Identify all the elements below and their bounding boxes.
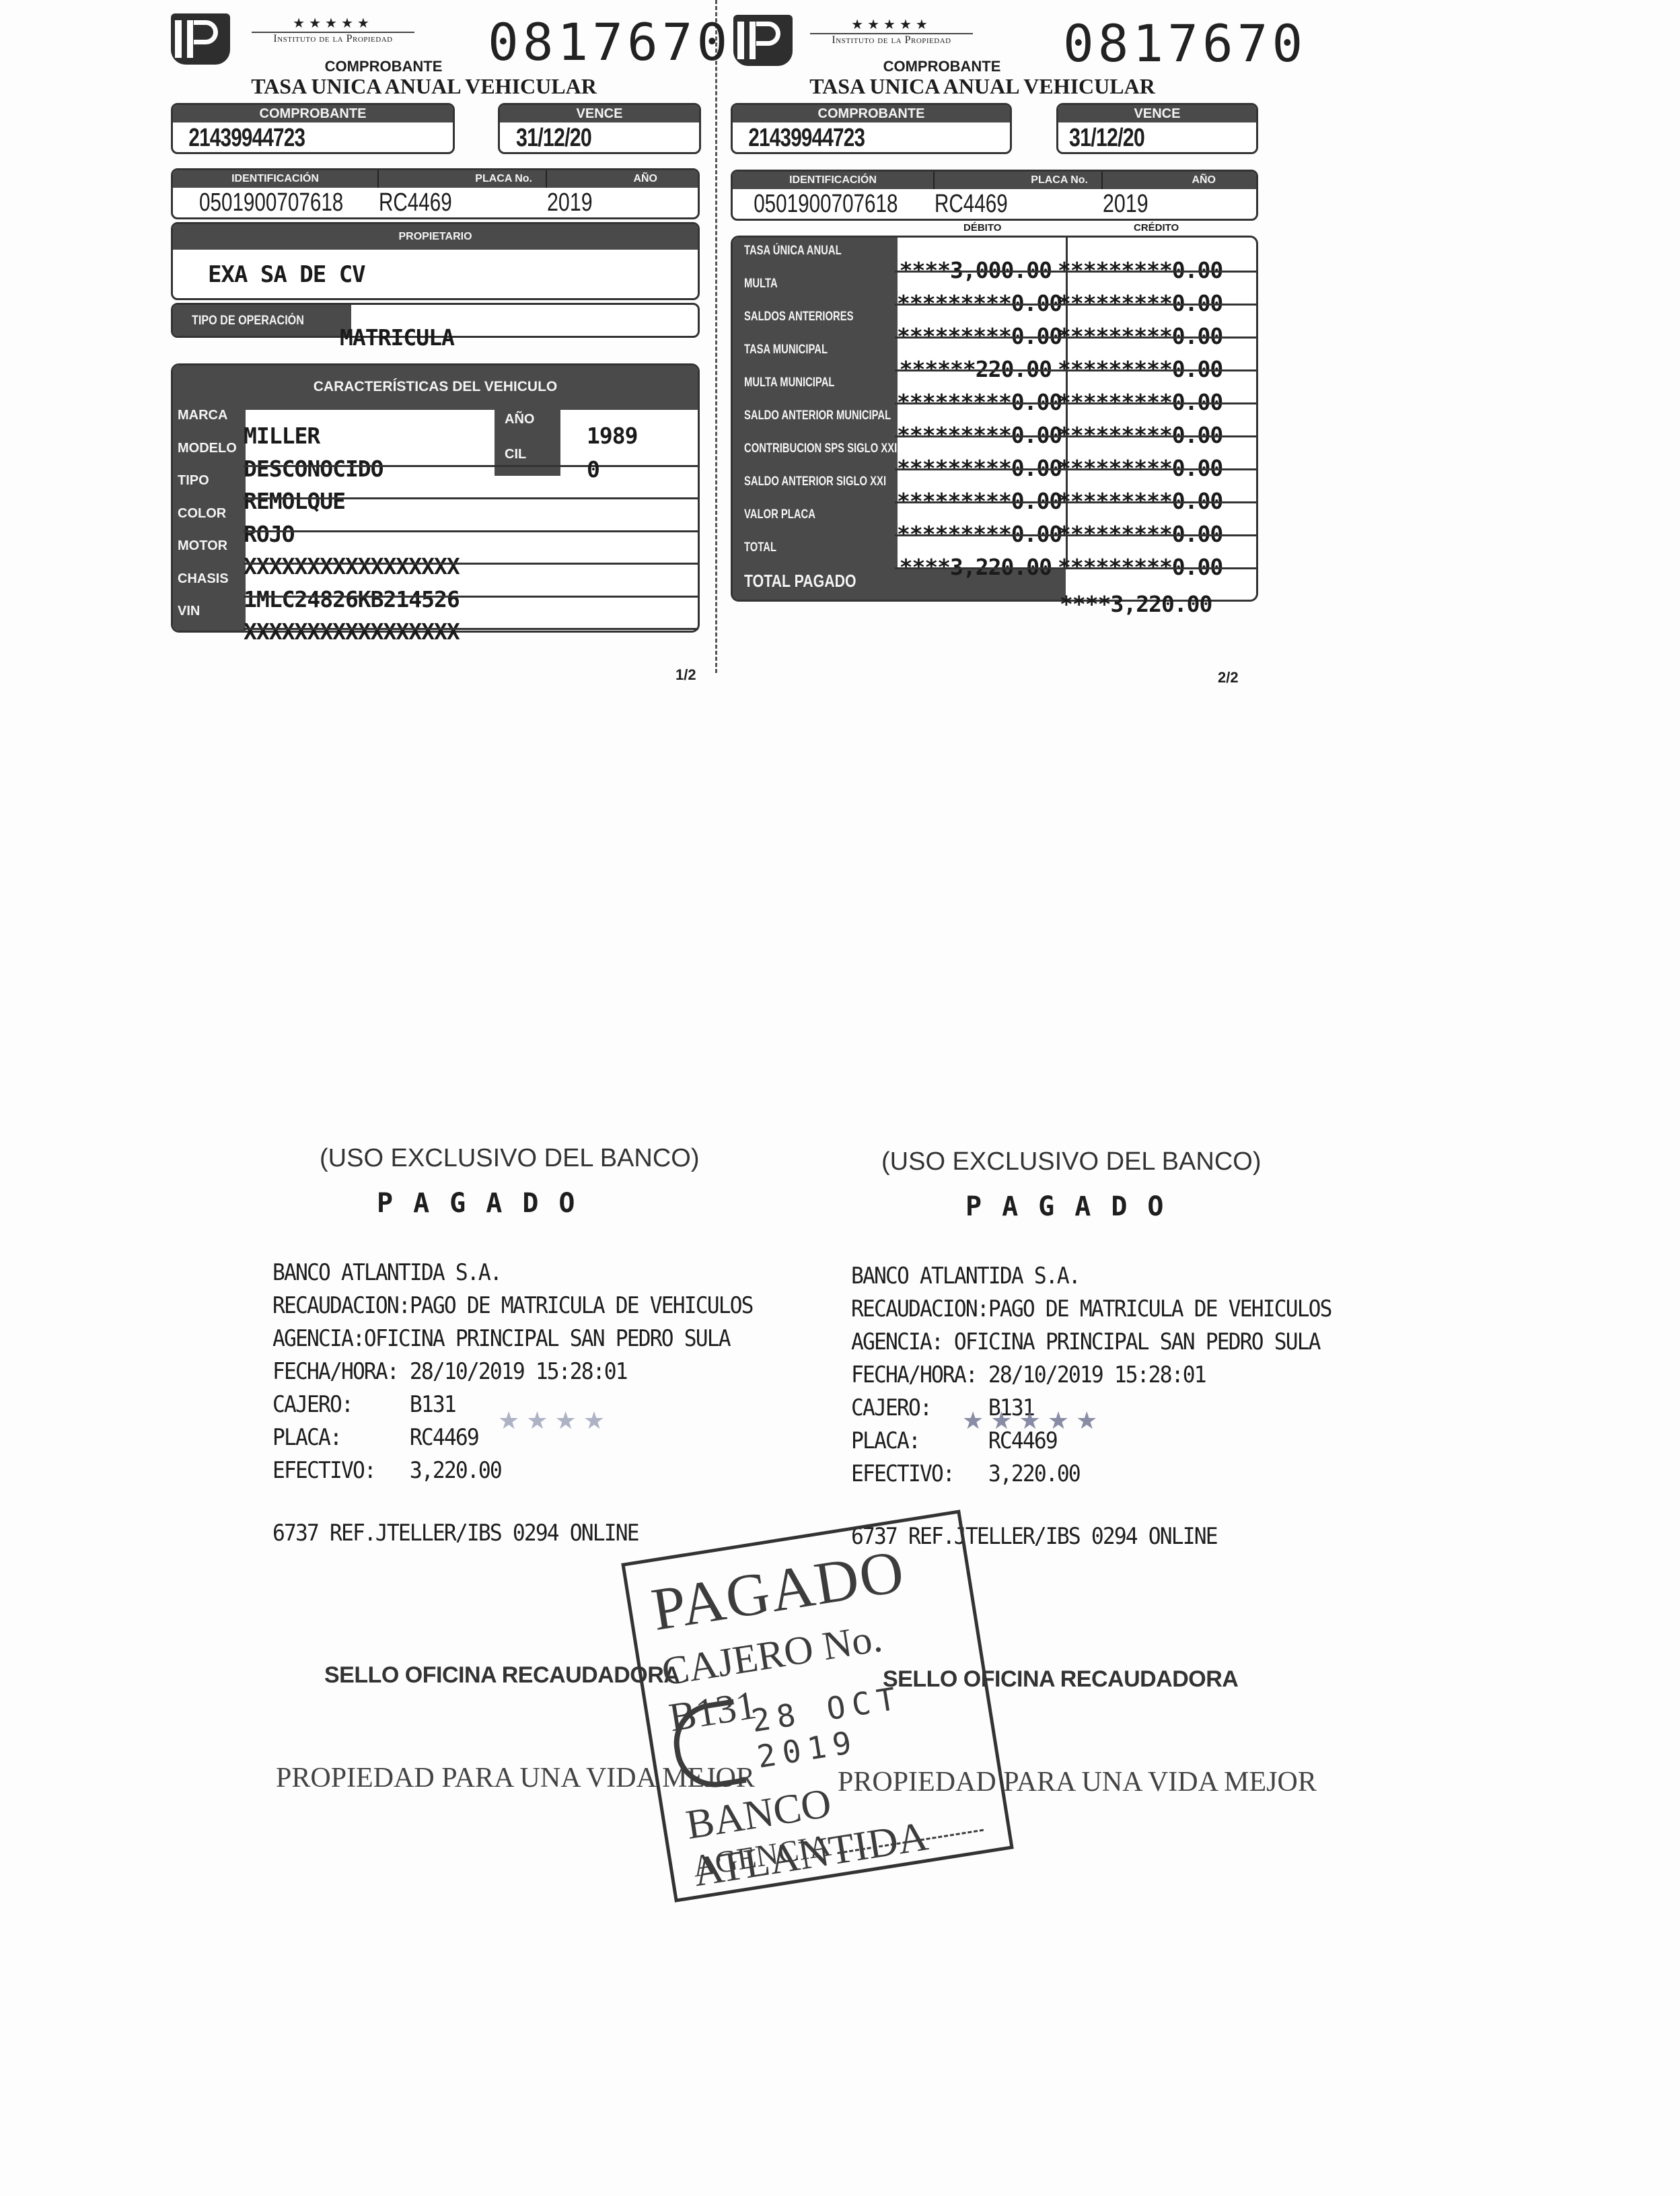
stars-icon: ★★★★★ [807, 16, 976, 33]
charge-label: CONTRIBUCION SPS SIGLO XXI [744, 441, 897, 456]
vehicle-ano-value: 1989 [587, 423, 637, 449]
comprobante-box: COMPROBANTE 21439944723 [731, 103, 1012, 154]
ano-value: 2019 [1103, 189, 1225, 219]
operation-label: TIPO DE OPERACIÓN [192, 314, 304, 328]
bank-receipt-left: (USO EXCLUSIVO DEL BANCO) PAGADO BANCO A… [272, 1144, 795, 1547]
ip-logo-icon [171, 13, 230, 65]
comprobante-value: 21439944723 [733, 122, 949, 153]
bank-use-label: (USO EXCLUSIVO DEL BANCO) [272, 1144, 795, 1173]
identification-box: IDENTIFICACIÓN PLACA No. AÑO 05019007076… [731, 170, 1258, 221]
ano-value: 2019 [547, 188, 667, 217]
stars-icon: ★★★★★ [249, 15, 417, 32]
placa-value: RC4469 [379, 188, 510, 217]
vehicle-field-label: MARCA [178, 408, 227, 423]
operation-value: MATRICULA [340, 324, 454, 351]
vence-value: 31/12/20 [500, 122, 659, 153]
comprobante-value: 21439944723 [173, 122, 391, 153]
vehicle-field-value: 1MLC24826KB214526 [244, 586, 460, 612]
vehicle-field-label: VIN [178, 604, 200, 619]
row-divider [244, 596, 698, 598]
vehicle-field-label: CHASIS [178, 571, 229, 587]
id-value: 0501900707618 [173, 188, 334, 217]
charge-label: TASA ÚNICA ANUAL [744, 244, 842, 258]
charge-label: VALOR PLACA [744, 507, 815, 522]
bank-use-label: (USO EXCLUSIVO DEL BANCO) [851, 1147, 1373, 1176]
vehicle-field-label: TIPO [178, 473, 209, 489]
bank-receipt-right: (USO EXCLUSIVO DEL BANCO) PAGADO BANCO A… [851, 1147, 1373, 1550]
vehicle-field-value: XXXXXXXXXXXXXXXXX [244, 618, 460, 645]
row-divider [244, 628, 698, 630]
ip-logo-icon [733, 15, 793, 66]
row-divider [244, 465, 698, 467]
ano-label: AÑO [1103, 172, 1256, 189]
comprobante-label: COMPROBANTE [173, 105, 453, 122]
owner-value: EXA SA DE CV [208, 261, 365, 288]
row-divider [895, 468, 1258, 470]
vehicle-field-value: DESCONOCIDO [244, 456, 384, 482]
row-divider [895, 435, 1258, 437]
credit-header: CRÉDITO [1134, 222, 1179, 234]
placa-label: PLACA No. [935, 172, 1103, 189]
watermark-stars-icon: ★ ★ ★ ★ [498, 1407, 605, 1435]
folio-number: 0817670 [1063, 13, 1307, 73]
debit-header: DÉBITO [963, 222, 1001, 234]
vehicle-cil-label: CIL [505, 447, 526, 462]
paid-status: PAGADO [851, 1191, 1373, 1222]
bank-receipt-lines: BANCO ATLANTIDA S.A. RECAUDACION:PAGO DE… [851, 1260, 1331, 1491]
id-label: IDENTIFICACIÓN [173, 170, 379, 188]
watermark-stars-icon: ★ ★ ★ ★ ★ [962, 1407, 1097, 1435]
folio-number: 0817670 [488, 12, 731, 72]
owner-label: PROPIETARIO [173, 224, 698, 250]
charge-label: MULTA MUNICIPAL [744, 376, 834, 390]
bank-receipt-lines: BANCO ATLANTIDA S.A. RECAUDACION:PAGO DE… [272, 1256, 753, 1487]
subtitle: COMPROBANTE [841, 58, 1043, 75]
vehicle-title: CARACTERÍSTICAS DEL VEHICULO [173, 379, 698, 395]
paid-status: PAGADO [272, 1188, 795, 1219]
vehicle-field-label: MODELO [178, 441, 237, 456]
ticket-title: TASA UNICA ANUAL VEHICULAR [780, 74, 1184, 99]
placa-label: PLACA No. [379, 170, 547, 188]
comprobante-box: COMPROBANTE 21439944723 [171, 103, 455, 154]
row-divider [895, 337, 1258, 339]
vence-box: VENCE 31/12/20 [498, 103, 701, 154]
row-divider [895, 271, 1258, 273]
row-divider [244, 530, 698, 532]
vehicle-cil-value: 0 [587, 456, 599, 483]
charge-label: SALDOS ANTERIORES [744, 310, 853, 324]
charge-label: SALDO ANTERIOR MUNICIPAL [744, 409, 891, 423]
row-divider [895, 501, 1258, 503]
vehicle-field-label: COLOR [178, 506, 226, 522]
row-divider [244, 563, 698, 565]
vehicle-field-value: XXXXXXXXXXXXXXXXX [244, 553, 460, 579]
vence-label: VENCE [1058, 105, 1256, 122]
vence-label: VENCE [500, 105, 699, 122]
vence-value: 31/12/20 [1058, 122, 1216, 153]
total-paid-value: ****3,220.00 [1060, 591, 1212, 617]
collection-office-seal-label: SELLO OFICINA RECAUDADORA [324, 1662, 680, 1689]
institution-block: ★★★★★ Instituto de la Propiedad [249, 15, 417, 45]
vehicle-field-label: MOTOR [178, 538, 227, 554]
id-value: 0501900707618 [733, 189, 890, 219]
ticket-title: TASA UNICA ANUAL VEHICULAR [222, 74, 626, 99]
paid-stamp: PAGADO CAJERO No. B131 28 OCT 2019 BANCO… [621, 1510, 1014, 1903]
page-number-right: 2/2 [1218, 669, 1239, 686]
vehicle-field-value: ROJO [244, 521, 294, 547]
institution-name: Instituto de la Propiedad [807, 34, 976, 46]
comprobante-label: COMPROBANTE [733, 105, 1010, 122]
placa-value: RC4469 [935, 189, 1066, 219]
charge-label: TASA MUNICIPAL [744, 343, 828, 357]
row-divider [244, 497, 698, 499]
vehicle-field-value: MILLER [244, 423, 320, 449]
subtitle: COMPROBANTE [283, 58, 484, 75]
vehicle-ano-label: AÑO [505, 412, 534, 427]
id-label: IDENTIFICACIÓN [733, 172, 935, 189]
row-divider [895, 304, 1258, 306]
charge-label: SALDO ANTERIOR SIGLO XXI [744, 474, 886, 489]
total-paid-label: TOTAL PAGADO [744, 571, 856, 592]
institution-name: Instituto de la Propiedad [249, 33, 417, 45]
vehicle-field-value: REMOLQUE [244, 488, 345, 514]
page-number-left: 1/2 [675, 666, 696, 684]
row-divider [895, 534, 1258, 536]
vence-box: VENCE 31/12/20 [1056, 103, 1258, 154]
row-divider [895, 369, 1258, 371]
bank-reference: 6737 REF.JTELLER/IBS 0294 ONLINE [272, 1520, 753, 1547]
institution-block: ★★★★★ Instituto de la Propiedad [807, 16, 976, 46]
row-divider [895, 402, 1258, 404]
owner-box: PROPIETARIO EXA SA DE CV [171, 222, 700, 300]
ano-label: AÑO [547, 170, 698, 188]
charge-label: MULTA [744, 277, 778, 291]
row-divider [895, 567, 1258, 569]
charge-label: TOTAL [744, 540, 776, 555]
ticket-separator [715, 0, 717, 673]
identification-box: IDENTIFICACIÓN PLACA No. AÑO 05019007076… [171, 168, 700, 219]
